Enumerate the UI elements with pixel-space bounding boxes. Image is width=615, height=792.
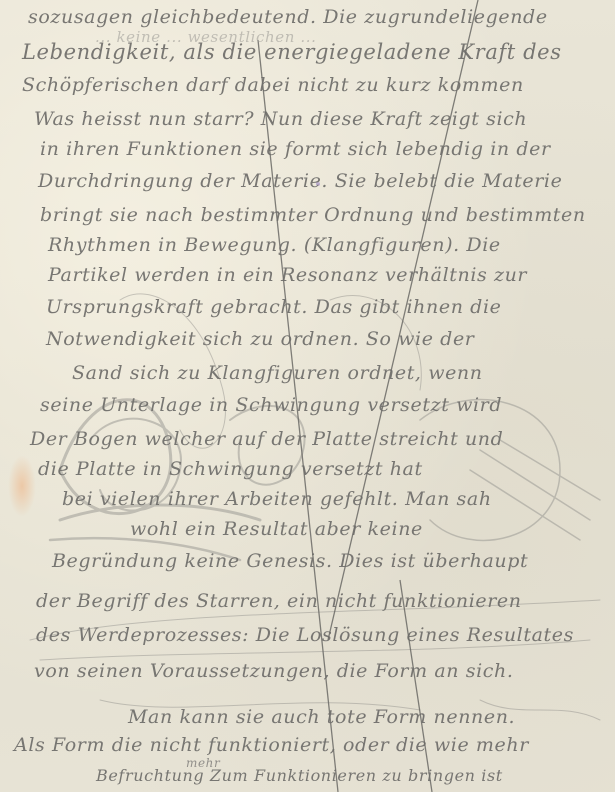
manuscript-line-9: Partikel werden in ein Resonanz verhältn… [48,264,527,286]
manuscript-line-2: Lebendigkeit, als die energiegeladene Kr… [22,40,562,64]
manuscript-line-4: Was heisst nun starr? Nun diese Kraft ze… [34,108,527,130]
manuscript-line-22: Man kann sie auch tote Form nennen. [128,706,515,728]
manuscript-line-21: von seinen Voraussetzungen, die Form an … [34,660,514,682]
manuscript-line-19: der Begriff des Starren, ein nicht funkt… [36,590,522,612]
manuscript-line-7: bringt sie nach bestimmter Ordnung und b… [40,204,586,226]
manuscript-line-23: Als Form die nicht funktioniert, oder di… [14,734,529,756]
manuscript-line-16: bei vielen ihrer Arbeiten gefehlt. Man s… [62,488,492,510]
manuscript-line-1: sozusagen gleichbedeutend. Die zugrundel… [28,6,548,28]
manuscript-line-15: die Platte in Schwingung versetzt hat [38,458,423,480]
manuscript-line-11: Notwendigkeit sich zu ordnen. So wie der [46,328,474,350]
manuscript-line-3: Schöpferischen darf dabei nicht zu kurz … [22,74,524,96]
manuscript-page: ... keine ... wesentlichen ... sozusagen… [0,0,615,792]
manuscript-line-10: Ursprungskraft gebracht. Das gibt ihnen … [46,296,501,318]
manuscript-line-24: Befruchtung Zum Funktionieren zu bringen… [96,766,503,785]
cross-out-line-right [328,0,478,640]
manuscript-line-14: Der Bogen welcher auf der Platte streich… [30,428,503,450]
manuscript-line-5: in ihren Funktionen sie formt sich leben… [40,138,551,160]
manuscript-line-13: seine Unterlage in Schwingung versetzt w… [40,394,502,416]
manuscript-line-12: Sand sich zu Klangfiguren ordnet, wenn [72,362,483,384]
manuscript-line-18: Begründung keine Genesis. Dies ist überh… [52,550,528,572]
manuscript-line-20: des Werdeprozesses: Die Loslösung eines … [36,624,574,646]
manuscript-line-6: Durchdringung der Materie. Sie belebt di… [38,170,562,192]
manuscript-line-17: wohl ein Resultat aber keine [130,518,423,540]
manuscript-line-8: Rhythmen in Bewegung. (Klangfiguren). Di… [48,234,501,256]
